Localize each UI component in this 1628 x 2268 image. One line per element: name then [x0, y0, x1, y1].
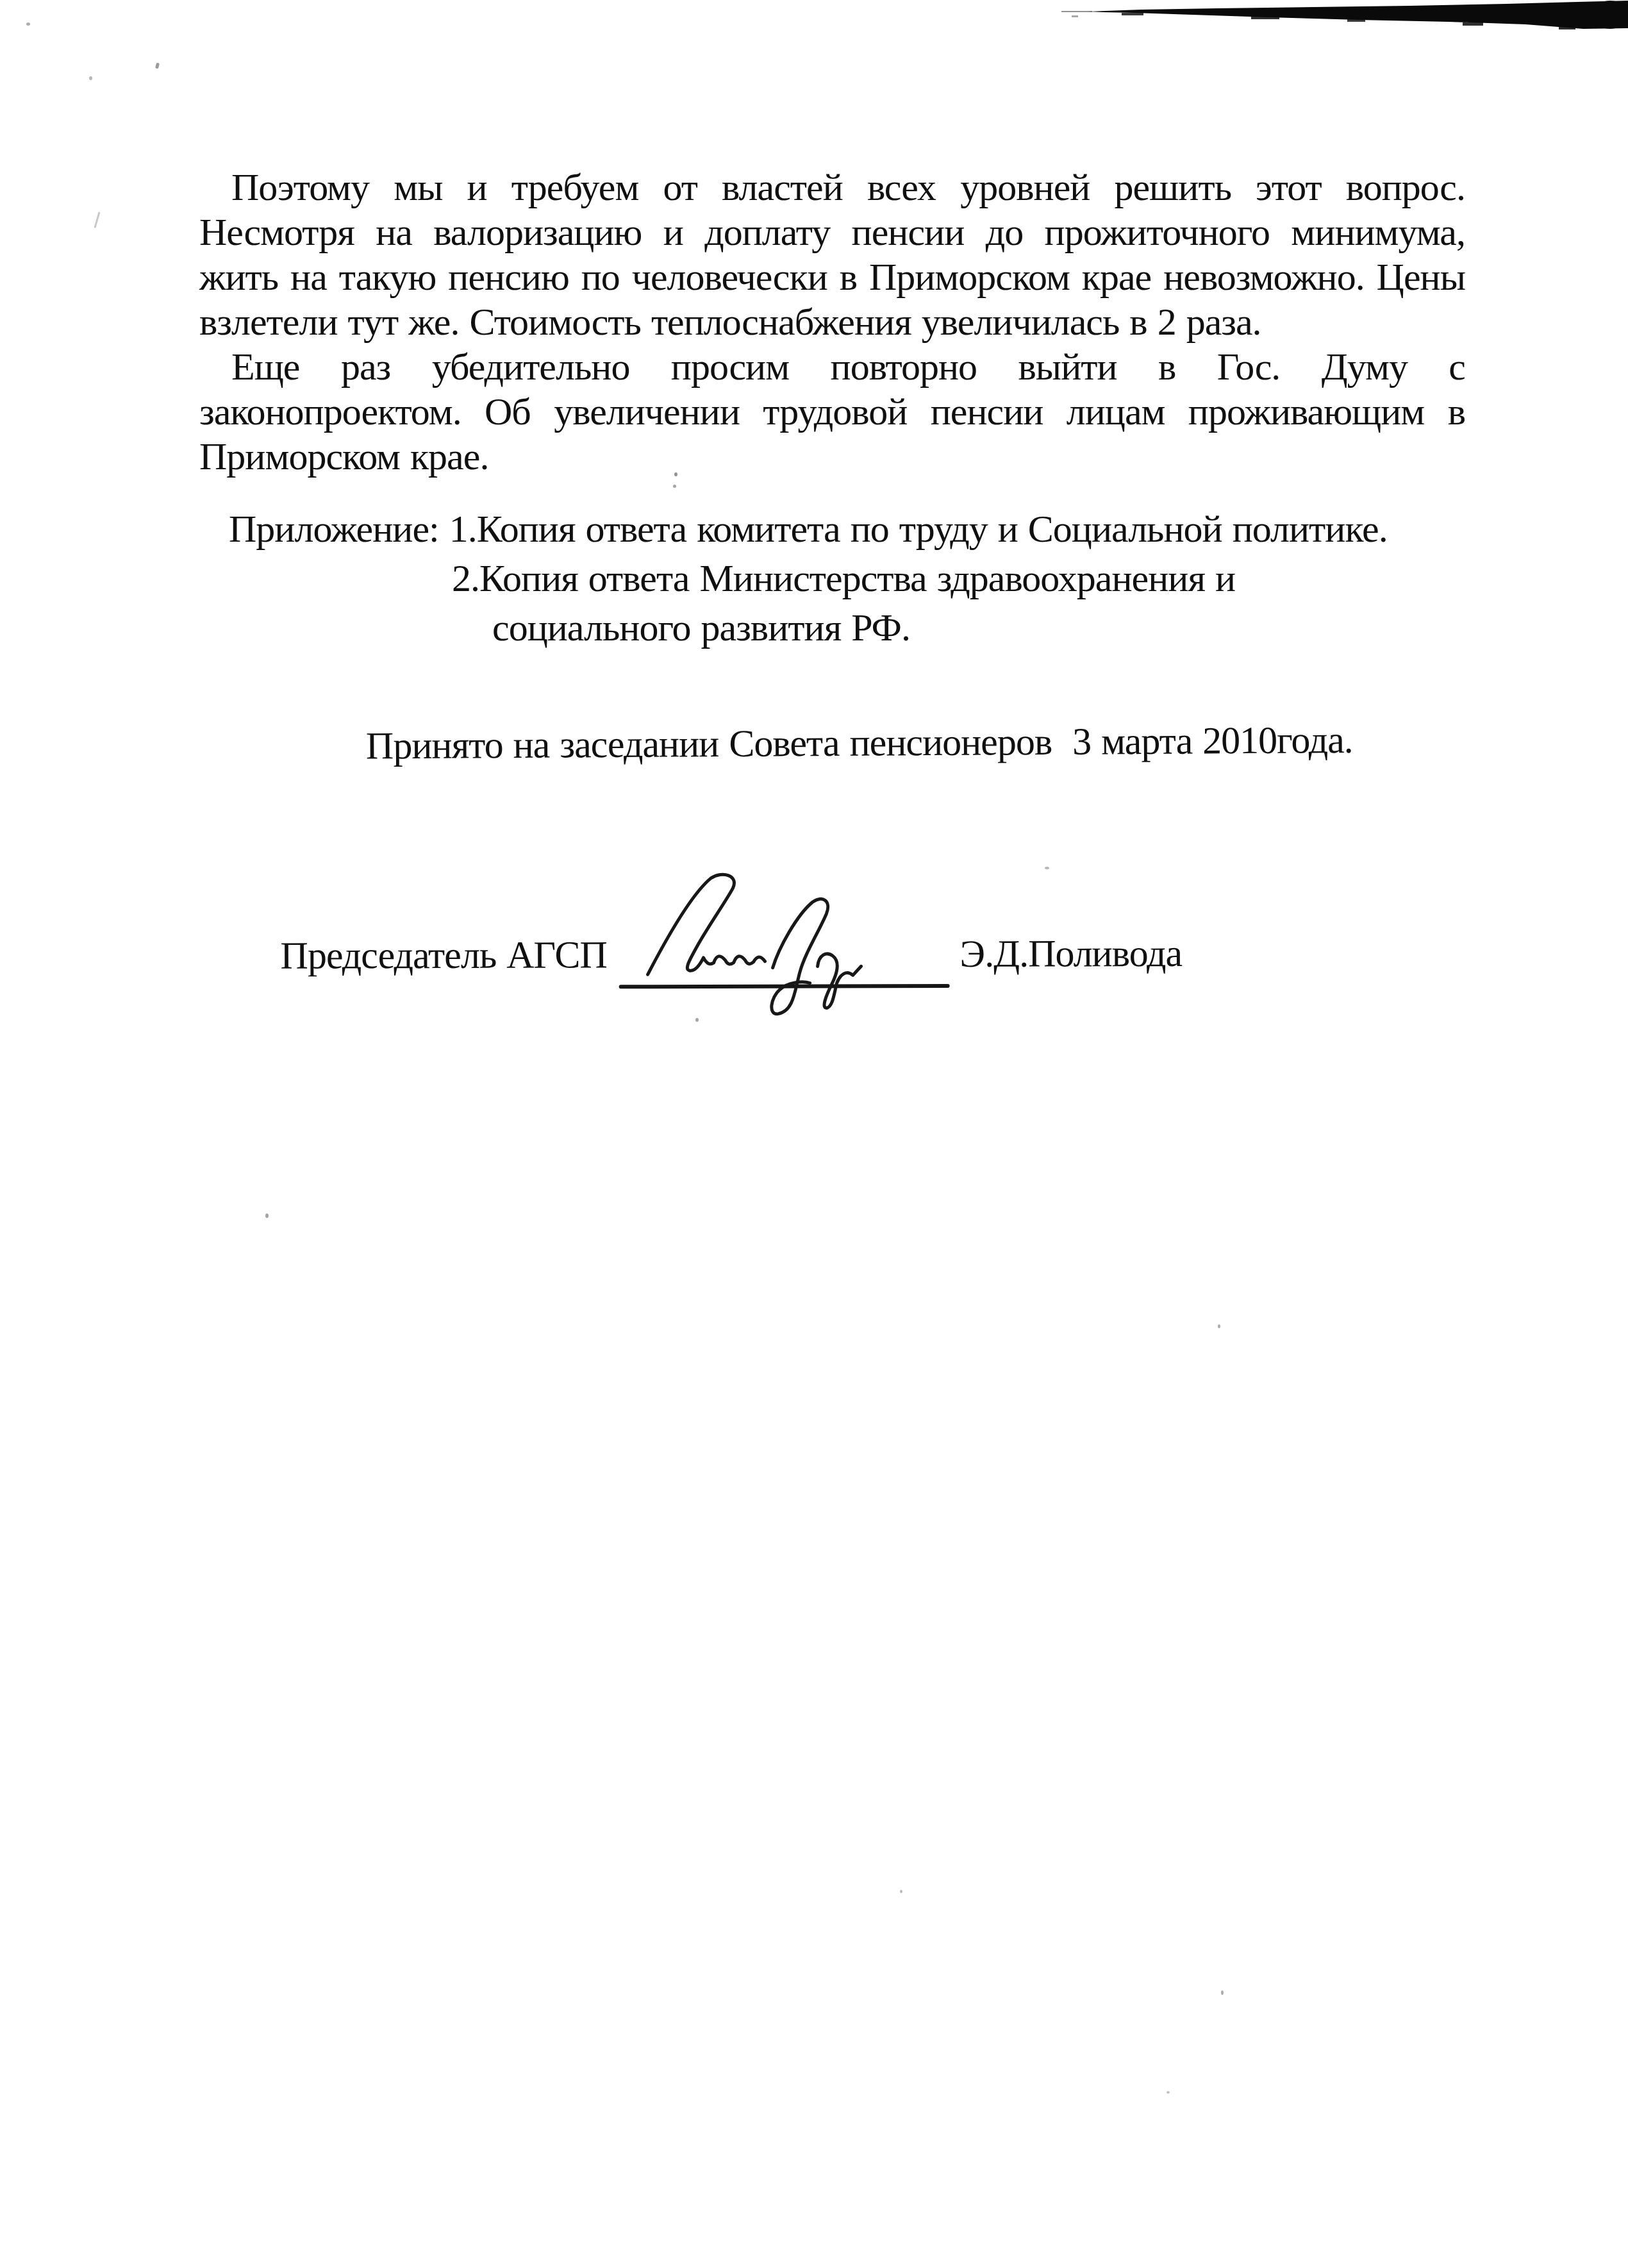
- text-line: Несмотря на валоризацию и доплату пенсии…: [199, 210, 1465, 254]
- text-line: Приморском крае.: [199, 434, 1465, 479]
- text-line: Еще раз убедительно просим повторно выйт…: [199, 344, 1465, 389]
- paragraph-request: Еще раз убедительно просим повторно выйт…: [199, 344, 1465, 479]
- toner-speck: [89, 76, 92, 80]
- toner-speck: [1218, 1324, 1220, 1328]
- attachment-item: социального развития РФ.: [199, 603, 1465, 653]
- scanned-letter-page: Поэтому мы и требуем от властей всех уро…: [0, 0, 1628, 2268]
- text-line: законопроектом. Об увеличении трудовой п…: [199, 389, 1465, 434]
- toner-speck: [1167, 2091, 1170, 2094]
- signature-name: Э.Д.Поливода: [959, 931, 1182, 976]
- handwritten-signature: [644, 870, 870, 1022]
- adoption-statement: Принято на заседании Совета пенсионеров …: [199, 717, 1465, 769]
- attachment-item: 2.Копия ответа Министерства здравоохране…: [199, 554, 1465, 603]
- signature-row: Председатель АГСП Э.Д.Поливода: [199, 930, 1465, 1203]
- attachment-list: Приложение: 1.Копия ответа комитета по т…: [199, 504, 1465, 653]
- toner-speck: [155, 63, 160, 69]
- toner-speck: [1221, 1990, 1224, 1995]
- text-line: Поэтому мы и требуем от властей всех уро…: [199, 165, 1465, 210]
- attachment-item: Приложение: 1.Копия ответа комитета по т…: [199, 504, 1465, 554]
- letter-body: Поэтому мы и требуем от властей всех уро…: [199, 165, 1465, 1203]
- text-line: взлетели тут же. Стоимость теплоснабжени…: [199, 299, 1465, 344]
- text-line: жить на такую пенсию по человечески в Пр…: [199, 254, 1465, 299]
- toner-speck: [265, 1213, 269, 1218]
- scanner-edge-artifact: [0, 0, 1628, 45]
- toner-speck: [900, 1890, 902, 1893]
- toner-speck: [94, 212, 100, 228]
- toner-speck: [26, 22, 30, 26]
- paragraph-demand: Поэтому мы и требуем от властей всех уро…: [199, 165, 1465, 344]
- signature-title: Председатель АГСП: [280, 932, 606, 978]
